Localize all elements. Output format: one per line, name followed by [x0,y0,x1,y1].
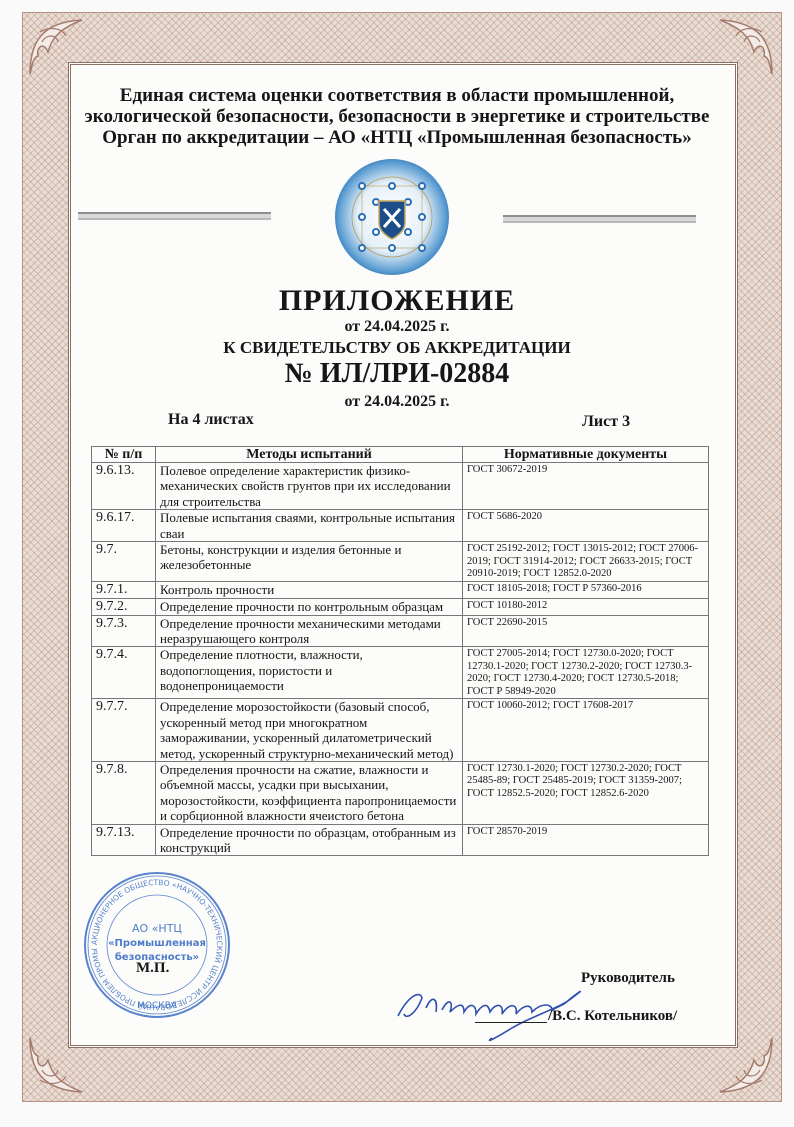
row-method: Бетоны, конструкции и изделия бетонные и… [156,542,463,582]
sheet-number: Лист 3 [582,413,630,431]
column-header-methods: Методы испытаний [156,447,463,463]
svg-text:МОСКВА: МОСКВА [137,1001,178,1011]
svg-text:«Промышленная: «Промышленная [108,938,206,949]
table-row: 9.6.17.Полевые испытания сваями, контрол… [92,510,709,542]
seal-place-label: М.П. [136,960,169,977]
row-documents: ГОСТ 28570-2019 [463,824,709,856]
organization-stamp: АКЦИОНЕРНОЕ ОБЩЕСТВО «НАУЧНО-ТЕХНИЧЕСКИЙ… [82,870,232,1020]
row-documents: ГОСТ 30672-2019 [463,463,709,510]
row-number: 9.7.2. [92,598,156,615]
row-method: Определение морозостойкости (базовый спо… [156,699,463,762]
document-title: ПРИЛОЖЕНИЕ [0,284,794,318]
row-method: Контроль прочности [156,581,463,598]
header-line-3: Орган по аккредитации – АО «НТЦ «Промышл… [60,127,734,148]
header-line-1: Единая система оценки соответствия в обл… [60,85,734,106]
table-row: 9.7.8.Определения прочности на сжатие, в… [92,761,709,824]
row-documents: ГОСТ 12730.1-2020; ГОСТ 12730.2-2020; ГО… [463,761,709,824]
certificate-number: № ИЛ/ЛРИ-02884 [0,358,794,390]
table-row: 9.7.13.Определение прочности по образцам… [92,824,709,856]
organization-logo-icon [332,157,452,277]
row-method: Определение прочности по образцам, отобр… [156,824,463,856]
table-row: 9.7.3.Определение прочности механическим… [92,615,709,647]
row-documents: ГОСТ 10060-2012; ГОСТ 17608-2017 [463,699,709,762]
row-number: 9.7.8. [92,761,156,824]
row-method: Полевое определение характеристик физико… [156,463,463,510]
row-number: 9.6.17. [92,510,156,542]
row-method: Определение прочности механическими мето… [156,615,463,647]
certificate-date: от 24.04.2025 г. [0,393,794,411]
row-method: Полевые испытания сваями, контрольные ис… [156,510,463,542]
row-number: 9.7.1. [92,581,156,598]
table-row: 9.7.7.Определение морозостойкости (базов… [92,699,709,762]
column-header-documents: Нормативные документы [463,447,709,463]
header-line-2: экологической безопасности, безопасности… [60,106,734,127]
methods-table: № п/п Методы испытаний Нормативные докум… [91,446,709,856]
table-row: 9.7.4.Определение плотности, влажности, … [92,647,709,699]
svg-text:АО «НТЦ: АО «НТЦ [132,922,182,935]
row-documents: ГОСТ 27005-2014; ГОСТ 12730.0-2020; ГОСТ… [463,647,709,699]
row-number: 9.7.4. [92,647,156,699]
row-documents: ГОСТ 18105-2018; ГОСТ Р 57360-2016 [463,581,709,598]
row-documents: ГОСТ 5686-2020 [463,510,709,542]
column-header-number: № п/п [92,447,156,463]
row-number: 9.6.13. [92,463,156,510]
row-method: Определения прочности на сжатие, влажнос… [156,761,463,824]
signatory-name: /В.С. Котельников/ [548,1008,677,1025]
row-method: Определение прочности по контрольным обр… [156,598,463,615]
row-number: 9.7.7. [92,699,156,762]
table-row: 9.6.13.Полевое определение характеристик… [92,463,709,510]
document-subtitle: К СВИДЕТЕЛЬСТВУ ОБ АККРЕДИТАЦИИ [0,338,794,358]
table-header-row: № п/п Методы испытаний Нормативные докум… [92,447,709,463]
row-number: 9.7. [92,542,156,582]
row-documents: ГОСТ 25192-2012; ГОСТ 13015-2012; ГОСТ 2… [463,542,709,582]
signature-line [475,1022,547,1023]
table-row: 9.7.Бетоны, конструкции и изделия бетонн… [92,542,709,582]
row-method: Определение плотности, влажности, водопо… [156,647,463,699]
table-row: 9.7.1.Контроль прочностиГОСТ 18105-2018;… [92,581,709,598]
divider-right [503,215,696,223]
divider-left [78,212,271,220]
table-row: 9.7.2.Определение прочности по контрольн… [92,598,709,615]
row-documents: ГОСТ 22690-2015 [463,615,709,647]
row-documents: ГОСТ 10180-2012 [463,598,709,615]
row-number: 9.7.13. [92,824,156,856]
row-number: 9.7.3. [92,615,156,647]
sheets-total: На 4 листах [168,411,254,429]
document-header: Единая система оценки соответствия в обл… [60,85,734,148]
appendix-date: от 24.04.2025 г. [0,318,794,336]
